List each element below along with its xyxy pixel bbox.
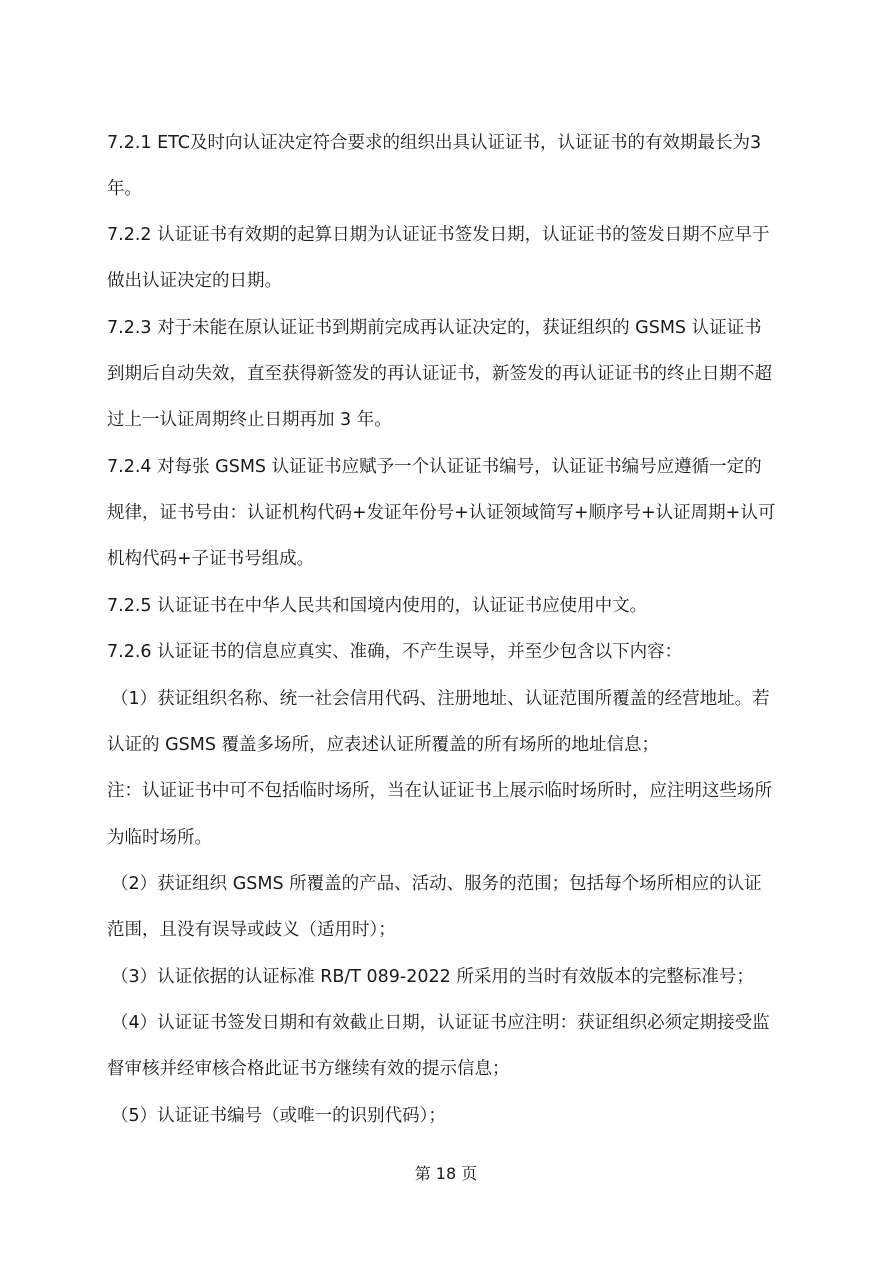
document-page: 7.2.1 ETC及时向认证决定符合要求的组织出具认证证书，认证证书的有效期最长… [0, 0, 892, 1262]
note-line-b: 为临时场所。 [107, 823, 797, 853]
text-line-7-2-3-b: 到期后自动失效，直至获得新签发的再认证证书，新签发的再认证证书的终止日期不超 [107, 359, 797, 389]
text-line-7-2-5: 7.2.5 认证证书在中华人民共和国境内使用的，认证证书应使用中文。 [107, 591, 797, 621]
page-number-footer: 第 18 页 [0, 1162, 892, 1186]
text-line-7-2-2-a: 7.2.2 认证证书有效期的起算日期为认证证书签发日期，认证证书的签发日期不应早… [107, 220, 797, 250]
text-line-7-2-4-a: 7.2.4 对每张 GSMS 认证证书应赋予一个认证证书编号，认证证书编号应遵循… [107, 452, 797, 482]
list-item-3: （3）认证依据的认证标准 RB/T 089-2022 所采用的当时有效版本的完整… [111, 962, 801, 992]
list-item-2-a: （2）获证组织 GSMS 所覆盖的产品、活动、服务的范围；包括每个场所相应的认证 [111, 869, 801, 899]
text-line-7-2-4-c: 机构代码+子证书号组成。 [107, 544, 797, 574]
text-line-7-2-3-a: 7.2.3 对于未能在原认证证书到期前完成再认证决定的，获证组织的 GSMS 认… [107, 313, 797, 343]
note-line-a: 注：认证证书中可不包括临时场所，当在认证证书上展示临时场所时，应注明这些场所 [107, 776, 797, 806]
text-line-7-2-1-a: 7.2.1 ETC及时向认证决定符合要求的组织出具认证证书，认证证书的有效期最长… [107, 128, 797, 158]
list-item-4-a: （4）认证证书签发日期和有效截止日期，认证证书应注明：获证组织必须定期接受监 [111, 1008, 801, 1038]
text-line-7-2-4-b: 规律，证书号由：认证机构代码+发证年份号+认证领域简写+顺序号+认证周期+认可 [107, 498, 797, 528]
text-line-7-2-1-b: 年。 [107, 174, 797, 204]
list-item-4-b: 督审核并经审核合格此证书方继续有效的提示信息； [107, 1054, 797, 1084]
text-line-7-2-2-b: 做出认证决定的日期。 [107, 266, 797, 296]
text-line-7-2-3-c: 过上一认证周期终止日期再加 3 年。 [107, 405, 797, 435]
list-item-1-a: （1）获证组织名称、统一社会信用代码、注册地址、认证范围所覆盖的经营地址。若 [111, 684, 801, 714]
list-item-1-b: 认证的 GSMS 覆盖多场所，应表述认证所覆盖的所有场所的地址信息； [107, 730, 797, 760]
list-item-2-b: 范围，且没有误导或歧义（适用时）； [107, 915, 797, 945]
text-line-7-2-6: 7.2.6 认证证书的信息应真实、准确，不产生误导，并至少包含以下内容： [107, 637, 797, 667]
list-item-5: （5）认证证书编号（或唯一的识别代码）； [111, 1101, 801, 1131]
